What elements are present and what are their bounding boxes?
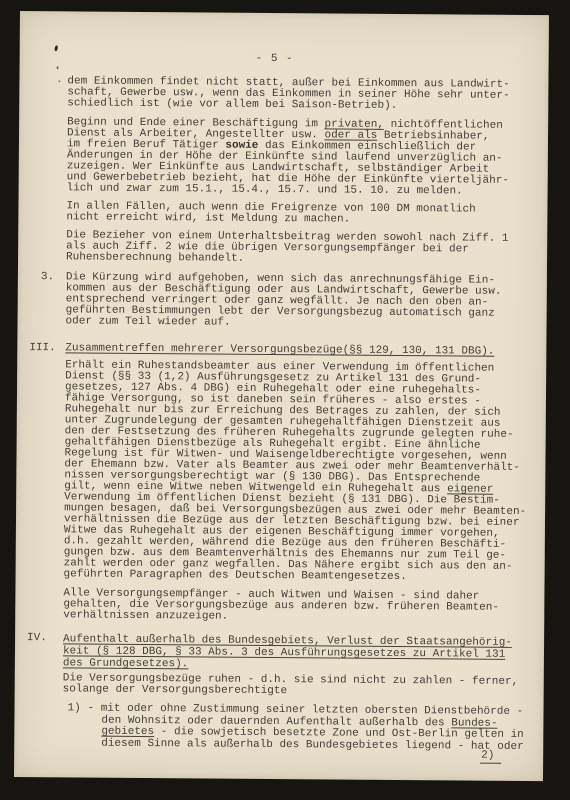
- item-3-numeral: 3.: [41, 272, 66, 283]
- page-content: - 5 - dem Einkommen findet nicht statt, …: [14, 11, 549, 753]
- paragraph-freigrenze: In allen Fällen, auch wenn die Freigrenz…: [66, 201, 533, 227]
- paragraph-income: dem Einkommen findet nicht statt, außer …: [67, 76, 534, 113]
- continuation-mark: 2): [480, 751, 501, 764]
- section-iv-heading: Aufenthalt außerhalb des Bundesgebiets, …: [63, 633, 512, 673]
- list-item-1: 1)- mit oder ohne Zustimmung seiner letz…: [67, 703, 529, 753]
- paragraph-ruhen: Die Versorgungsbezüge ruhen - d.h. sie s…: [63, 673, 530, 699]
- item-1-numeral: 1): [67, 703, 87, 714]
- section-iv-heading-row: IV.Aufenthalt außerhalb des Bundesgebiet…: [27, 633, 530, 673]
- paragraph-alle-versorgungsempfaenger: Alle Versorgungsempfänger - auch Witwen …: [63, 588, 530, 625]
- section-iii-heading-row: III.Zusammentreffen mehrerer Versorgungs…: [29, 343, 532, 358]
- item-3-text: Die Kürzung wird aufgehoben, wenn sich d…: [66, 272, 502, 330]
- item-1-text: - mit oder ohne Zustimmung seiner letzte…: [87, 704, 524, 753]
- document-page: - 5 - dem Einkommen findet nicht statt, …: [14, 11, 549, 781]
- section-iii-heading: Zusammentreffen mehrerer Versorgungsbezü…: [65, 343, 494, 357]
- page-number: - 5 -: [256, 54, 535, 67]
- underlined-text: Bundes-: [451, 717, 497, 729]
- section-iii-numeral: III.: [29, 343, 65, 354]
- photo-backdrop: - 5 - dem Einkommen findet nicht statt, …: [0, 0, 570, 800]
- list-item-3: 3.Die Kürzung wird aufgehoben, wenn sich…: [41, 272, 533, 331]
- paragraph-zusammentreffen-body: Erhält ein Ruhestandsbeamter aus einer V…: [64, 360, 533, 584]
- text-run: Erhält ein Ruhestandsbeamter aus einer V…: [64, 359, 520, 495]
- underlined-text: gebietes: [101, 726, 154, 738]
- paragraph-unterhaltsbeitrag: Die Bezieher von einem Unterhaltsbeitrag…: [66, 230, 533, 267]
- paragraph-begin-ende: Beginn und Ende einer Beschäftigung im p…: [67, 117, 535, 198]
- section-iv-numeral: IV.: [27, 633, 63, 644]
- text-run: - die sowjetisch besetzte Zone und Ost-B…: [101, 726, 524, 752]
- text-run: Verwendung im öffentlichen Dienst bezieh…: [64, 484, 527, 583]
